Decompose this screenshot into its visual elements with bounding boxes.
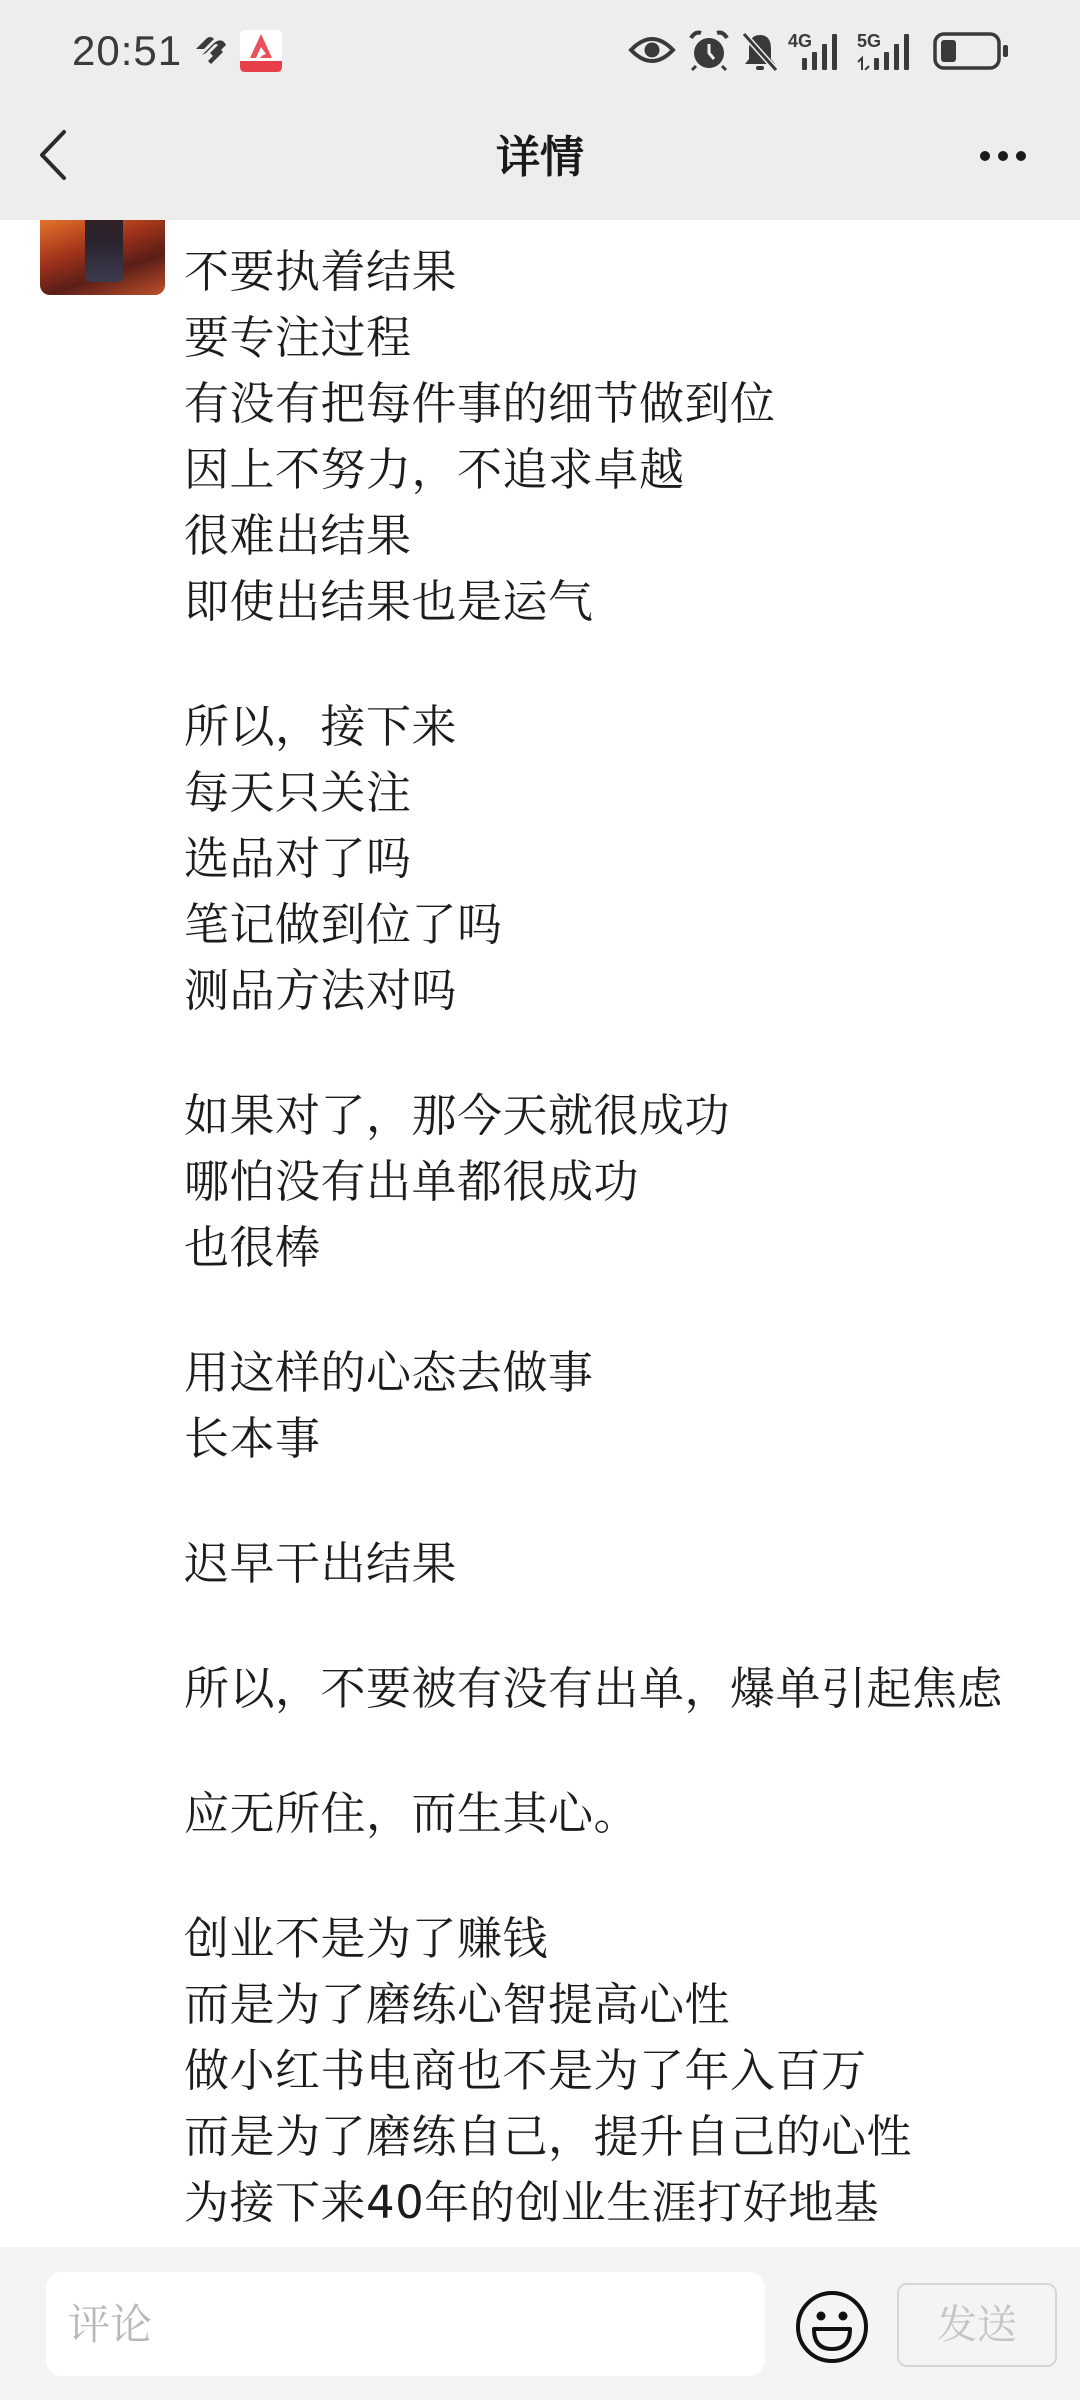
battery-icon [933, 32, 1011, 70]
app-notification-icon [192, 35, 230, 67]
more-dots-icon [968, 126, 1038, 186]
app-icon-red-a [240, 30, 282, 72]
post-text-line: 因上不努力，不追求卓越 [184, 437, 1064, 503]
status-bar: 20:51 4G 5G [0, 0, 1080, 100]
post-text-line: 做小红书电商也不是为了年入百万 [184, 2038, 1064, 2104]
post-text-line: 有没有把每件事的细节做到位 [184, 371, 1064, 437]
status-time: 20:51 [72, 26, 182, 76]
post-text-line: 用这样的心态去做事 [184, 1340, 1064, 1406]
post-text-line: 创业不是为了赚钱 [184, 1906, 1064, 1972]
post-text-line: 笔记做到位了吗 [184, 892, 1064, 958]
post-blank-line [184, 635, 1064, 694]
post-text-line: 所以，接下来 [184, 694, 1064, 760]
post-text-line: 如果对了，那今天就很成功 [184, 1083, 1064, 1149]
post-text-line: 测品方法对吗 [184, 958, 1064, 1024]
post-text-line: 不要执着结果 [184, 239, 1064, 305]
post-text-line: 为接下来40年的创业生涯打好地基 [184, 2170, 1064, 2236]
emoji-button[interactable] [794, 2289, 870, 2365]
bell-muted-icon [741, 31, 779, 73]
post-text-line: 要专注过程 [184, 305, 1064, 371]
signal-5g-icon [856, 32, 920, 70]
post-blank-line [184, 1597, 1064, 1656]
post-text-line: 即使出结果也是运气 [184, 569, 1064, 635]
post-text-line: 所以，不要被有没有出单，爆单引起焦虑 [184, 1656, 1064, 1722]
comment-bar: 发送 [0, 2247, 1080, 2400]
post-blank-line [184, 1847, 1064, 1906]
post-text-line: 很难出结果 [184, 503, 1064, 569]
alarm-icon [689, 30, 729, 72]
post-text-line: 应无所住，而生其心。 [184, 1781, 1064, 1847]
page-title: 详情 [0, 130, 1080, 186]
nav-bar: 详情 [0, 100, 1080, 220]
eye-icon [628, 34, 676, 66]
more-button[interactable] [968, 126, 1038, 186]
post-blank-line [184, 1024, 1064, 1083]
post-text-line: 哪怕没有出单都很成功 [184, 1149, 1064, 1215]
post-text-line: 迟早干出结果 [184, 1531, 1064, 1597]
post-text-line: 长本事 [184, 1406, 1064, 1472]
post-text-line: 而是为了磨练心智提高心性 [184, 1972, 1064, 2038]
signal-4g-icon [800, 32, 846, 70]
comment-input[interactable] [46, 2272, 765, 2376]
post-text-line: 每天只关注 [184, 760, 1064, 826]
post-body: 不要执着结果要专注过程有没有把每件事的细节做到位因上不努力，不追求卓越很难出结果… [184, 239, 1064, 2236]
post-text-line: 也很棒 [184, 1215, 1064, 1281]
post-blank-line [184, 1722, 1064, 1781]
post-text-line: 而是为了磨练自己，提升自己的心性 [184, 2104, 1064, 2170]
post-blank-line [184, 1472, 1064, 1531]
post-blank-line [184, 1281, 1064, 1340]
post-text-line: 选品对了吗 [184, 826, 1064, 892]
smiley-icon [794, 2289, 870, 2365]
send-button[interactable]: 发送 [897, 2283, 1057, 2367]
